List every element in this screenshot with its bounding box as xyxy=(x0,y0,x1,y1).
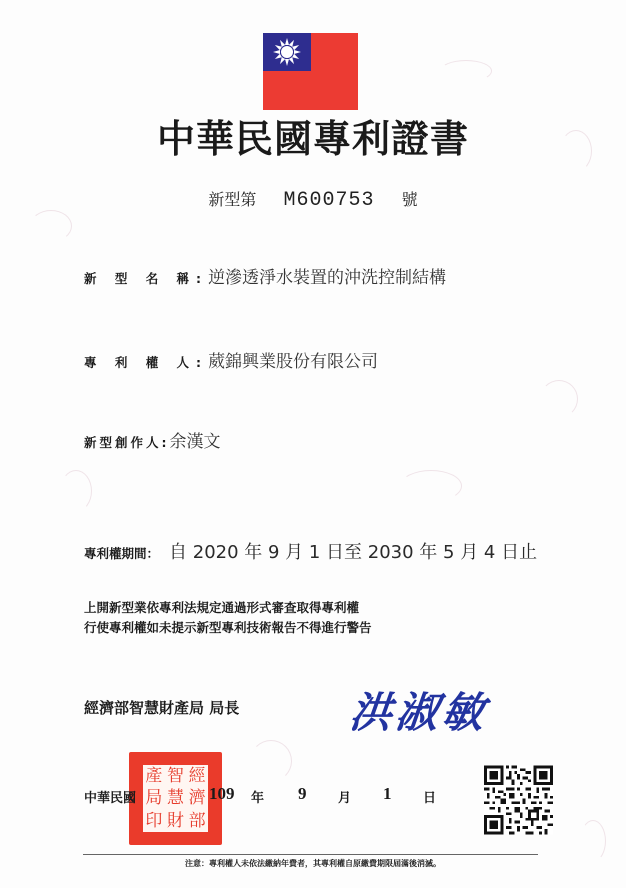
certificate-title: 中華民國專利證書 xyxy=(0,108,626,163)
field-creator: 新型創作人:余漢文 xyxy=(84,427,221,452)
paper-fiber xyxy=(540,380,578,418)
issue-date-month-unit: 月 xyxy=(338,787,351,806)
footer-note: 注意：專利權人未依法繳納年費者，其專利權自原繳費期限屆滿後消滅。 xyxy=(0,858,626,869)
issue-date-day: 1 xyxy=(383,784,392,804)
issue-date-year: 109 xyxy=(209,784,235,804)
field-utility-model-name: 新 型 名 稱:逆滲透淨水裝置的沖洗控制結構 xyxy=(84,263,446,288)
paper-fiber xyxy=(30,210,72,242)
seal-char: 部 xyxy=(186,810,208,832)
field-patentee: 專 利 權 人:葳錦興業股份有限公司 xyxy=(84,347,378,372)
issue-date-day-unit: 日 xyxy=(423,787,436,806)
patent-number-suffix: 號 xyxy=(402,190,418,209)
patent-term: 專利權期間：自 2020 年 9 月 1 日至 2030 年 5 月 4 日止 xyxy=(84,538,537,564)
field-value: 葳錦興業股份有限公司 xyxy=(208,352,378,372)
paper-fiber xyxy=(440,60,492,82)
seal-char: 財 xyxy=(165,810,187,832)
seal-char: 產 xyxy=(143,765,165,787)
legal-notice-line-1: 上開新型業依專利法規定通過形式審查取得專利權 xyxy=(84,598,372,618)
field-label: 新型創作人: xyxy=(84,435,170,450)
footer-divider xyxy=(83,854,538,855)
field-label: 專 利 權 人: xyxy=(84,355,208,370)
issue-date-month: 9 xyxy=(298,784,307,804)
national-flag xyxy=(263,33,358,110)
patent-number-prefix: 新型第 xyxy=(208,190,256,209)
patent-number: M600753 xyxy=(283,189,374,212)
seal-char: 經 xyxy=(186,765,208,787)
flag-canton xyxy=(263,33,311,71)
field-value: 逆滲透淨水裝置的沖洗控制結構 xyxy=(208,268,446,288)
white-sun-icon xyxy=(271,36,303,68)
field-label: 新 型 名 稱: xyxy=(84,271,208,286)
patent-term-label: 專利權期間： xyxy=(84,546,159,561)
patent-term-value: 自 2020 年 9 月 1 日至 2030 年 5 月 4 日止 xyxy=(169,542,537,563)
director-signature: 洪淑敏 xyxy=(347,680,491,740)
paper-fiber xyxy=(400,470,462,502)
paper-fiber xyxy=(60,470,92,512)
legal-notice-line-2: 行使專利權如未提示新型專利技術報告不得進行警告 xyxy=(84,618,372,638)
patent-number-line: 新型第 M600753 號 xyxy=(0,187,626,212)
paper-fiber xyxy=(580,820,606,862)
field-value: 余漢文 xyxy=(170,432,221,452)
seal-char: 智 xyxy=(165,765,187,787)
legal-notice: 上開新型業依專利法規定通過形式審查取得專利權 行使專利權如未提示新型專利技術報告… xyxy=(84,598,372,638)
issue-date-era: 中華民國 xyxy=(84,787,136,806)
seal-char: 印 xyxy=(143,810,165,832)
issue-date-year-unit: 年 xyxy=(251,787,264,806)
issue-date: 中華民國 109 年 9 月 1 日 xyxy=(84,787,544,811)
issuing-office: 經濟部智慧財產局 局長 xyxy=(84,697,239,718)
qr-code xyxy=(484,765,553,835)
paper-fiber xyxy=(250,740,292,782)
